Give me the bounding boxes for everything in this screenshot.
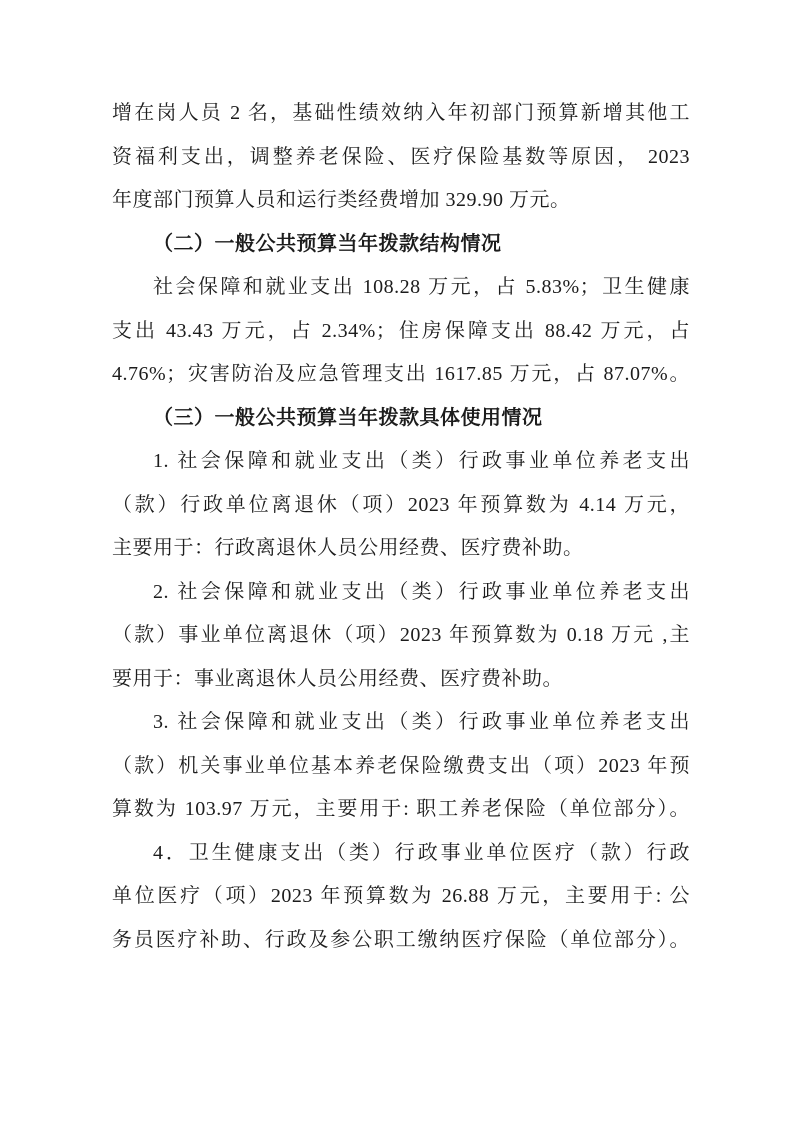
text-line: 资福利支出，调整养老保险、医疗保险基数等原因， 2023 [112, 136, 690, 180]
section-heading-3: （三）一般公共预算当年拨款具体使用情况 [112, 397, 690, 441]
paragraph-item-1: 1. 社会保障和就业支出（类）行政事业单位养老支出 （款）行政单位离退休（项）2… [112, 440, 690, 571]
document-page: 增在岗人员 2 名，基础性绩效纳入年初部门预算新增其他工 资福利支出，调整养老保… [0, 0, 793, 1122]
text-line: 4.76%；灾害防治及应急管理支出 1617.85 万元，占 87.07%。 [112, 353, 690, 397]
text-line: （款）行政单位离退休（项）2023 年预算数为 4.14 万元， [112, 484, 690, 528]
text-line: 1. 社会保障和就业支出（类）行政事业单位养老支出 [112, 440, 690, 484]
text-line: 年度部门预算人员和运行类经费增加 329.90 万元。 [112, 179, 690, 223]
section-heading-2: （二）一般公共预算当年拨款结构情况 [112, 223, 690, 267]
page-content: 增在岗人员 2 名，基础性绩效纳入年初部门预算新增其他工 资福利支出，调整养老保… [112, 92, 690, 962]
text-line: 算数为 103.97 万元，主要用于: 职工养老保险（单位部分）。 [112, 788, 690, 832]
text-line: 4．卫生健康支出（类）行政事业单位医疗（款）行政 [112, 832, 690, 876]
text-line: 2. 社会保障和就业支出（类）行政事业单位养老支出 [112, 571, 690, 615]
paragraph-item-4: 4．卫生健康支出（类）行政事业单位医疗（款）行政 单位医疗（项）2023 年预算… [112, 832, 690, 963]
text-line: 务员医疗补助、行政及参公职工缴纳医疗保险（单位部分）。 [112, 919, 690, 963]
text-line: 主要用于：行政离退休人员公用经费、医疗费补助。 [112, 527, 690, 571]
text-line: （款）事业单位离退休（项）2023 年预算数为 0.18 万元 ,主 [112, 614, 690, 658]
paragraph-item-3: 3. 社会保障和就业支出（类）行政事业单位养老支出 （款）机关事业单位基本养老保… [112, 701, 690, 832]
paragraph-allocation-structure: 社会保障和就业支出 108.28 万元，占 5.83%；卫生健康 支出 43.4… [112, 266, 690, 397]
text-line: 3. 社会保障和就业支出（类）行政事业单位养老支出 [112, 701, 690, 745]
paragraph-item-2: 2. 社会保障和就业支出（类）行政事业单位养老支出 （款）事业单位离退休（项）2… [112, 571, 690, 702]
text-line: 社会保障和就业支出 108.28 万元，占 5.83%；卫生健康 [112, 266, 690, 310]
text-line: （款）机关事业单位基本养老保险缴费支出（项）2023 年预 [112, 745, 690, 789]
text-line: 单位医疗（项）2023 年预算数为 26.88 万元，主要用于: 公 [112, 875, 690, 919]
paragraph-carryover: 增在岗人员 2 名，基础性绩效纳入年初部门预算新增其他工 资福利支出，调整养老保… [112, 92, 690, 223]
text-line: 要用于：事业离退休人员公用经费、医疗费补助。 [112, 658, 690, 702]
text-line: 增在岗人员 2 名，基础性绩效纳入年初部门预算新增其他工 [112, 92, 690, 136]
text-line: 支出 43.43 万元，占 2.34%；住房保障支出 88.42 万元，占 [112, 310, 690, 354]
